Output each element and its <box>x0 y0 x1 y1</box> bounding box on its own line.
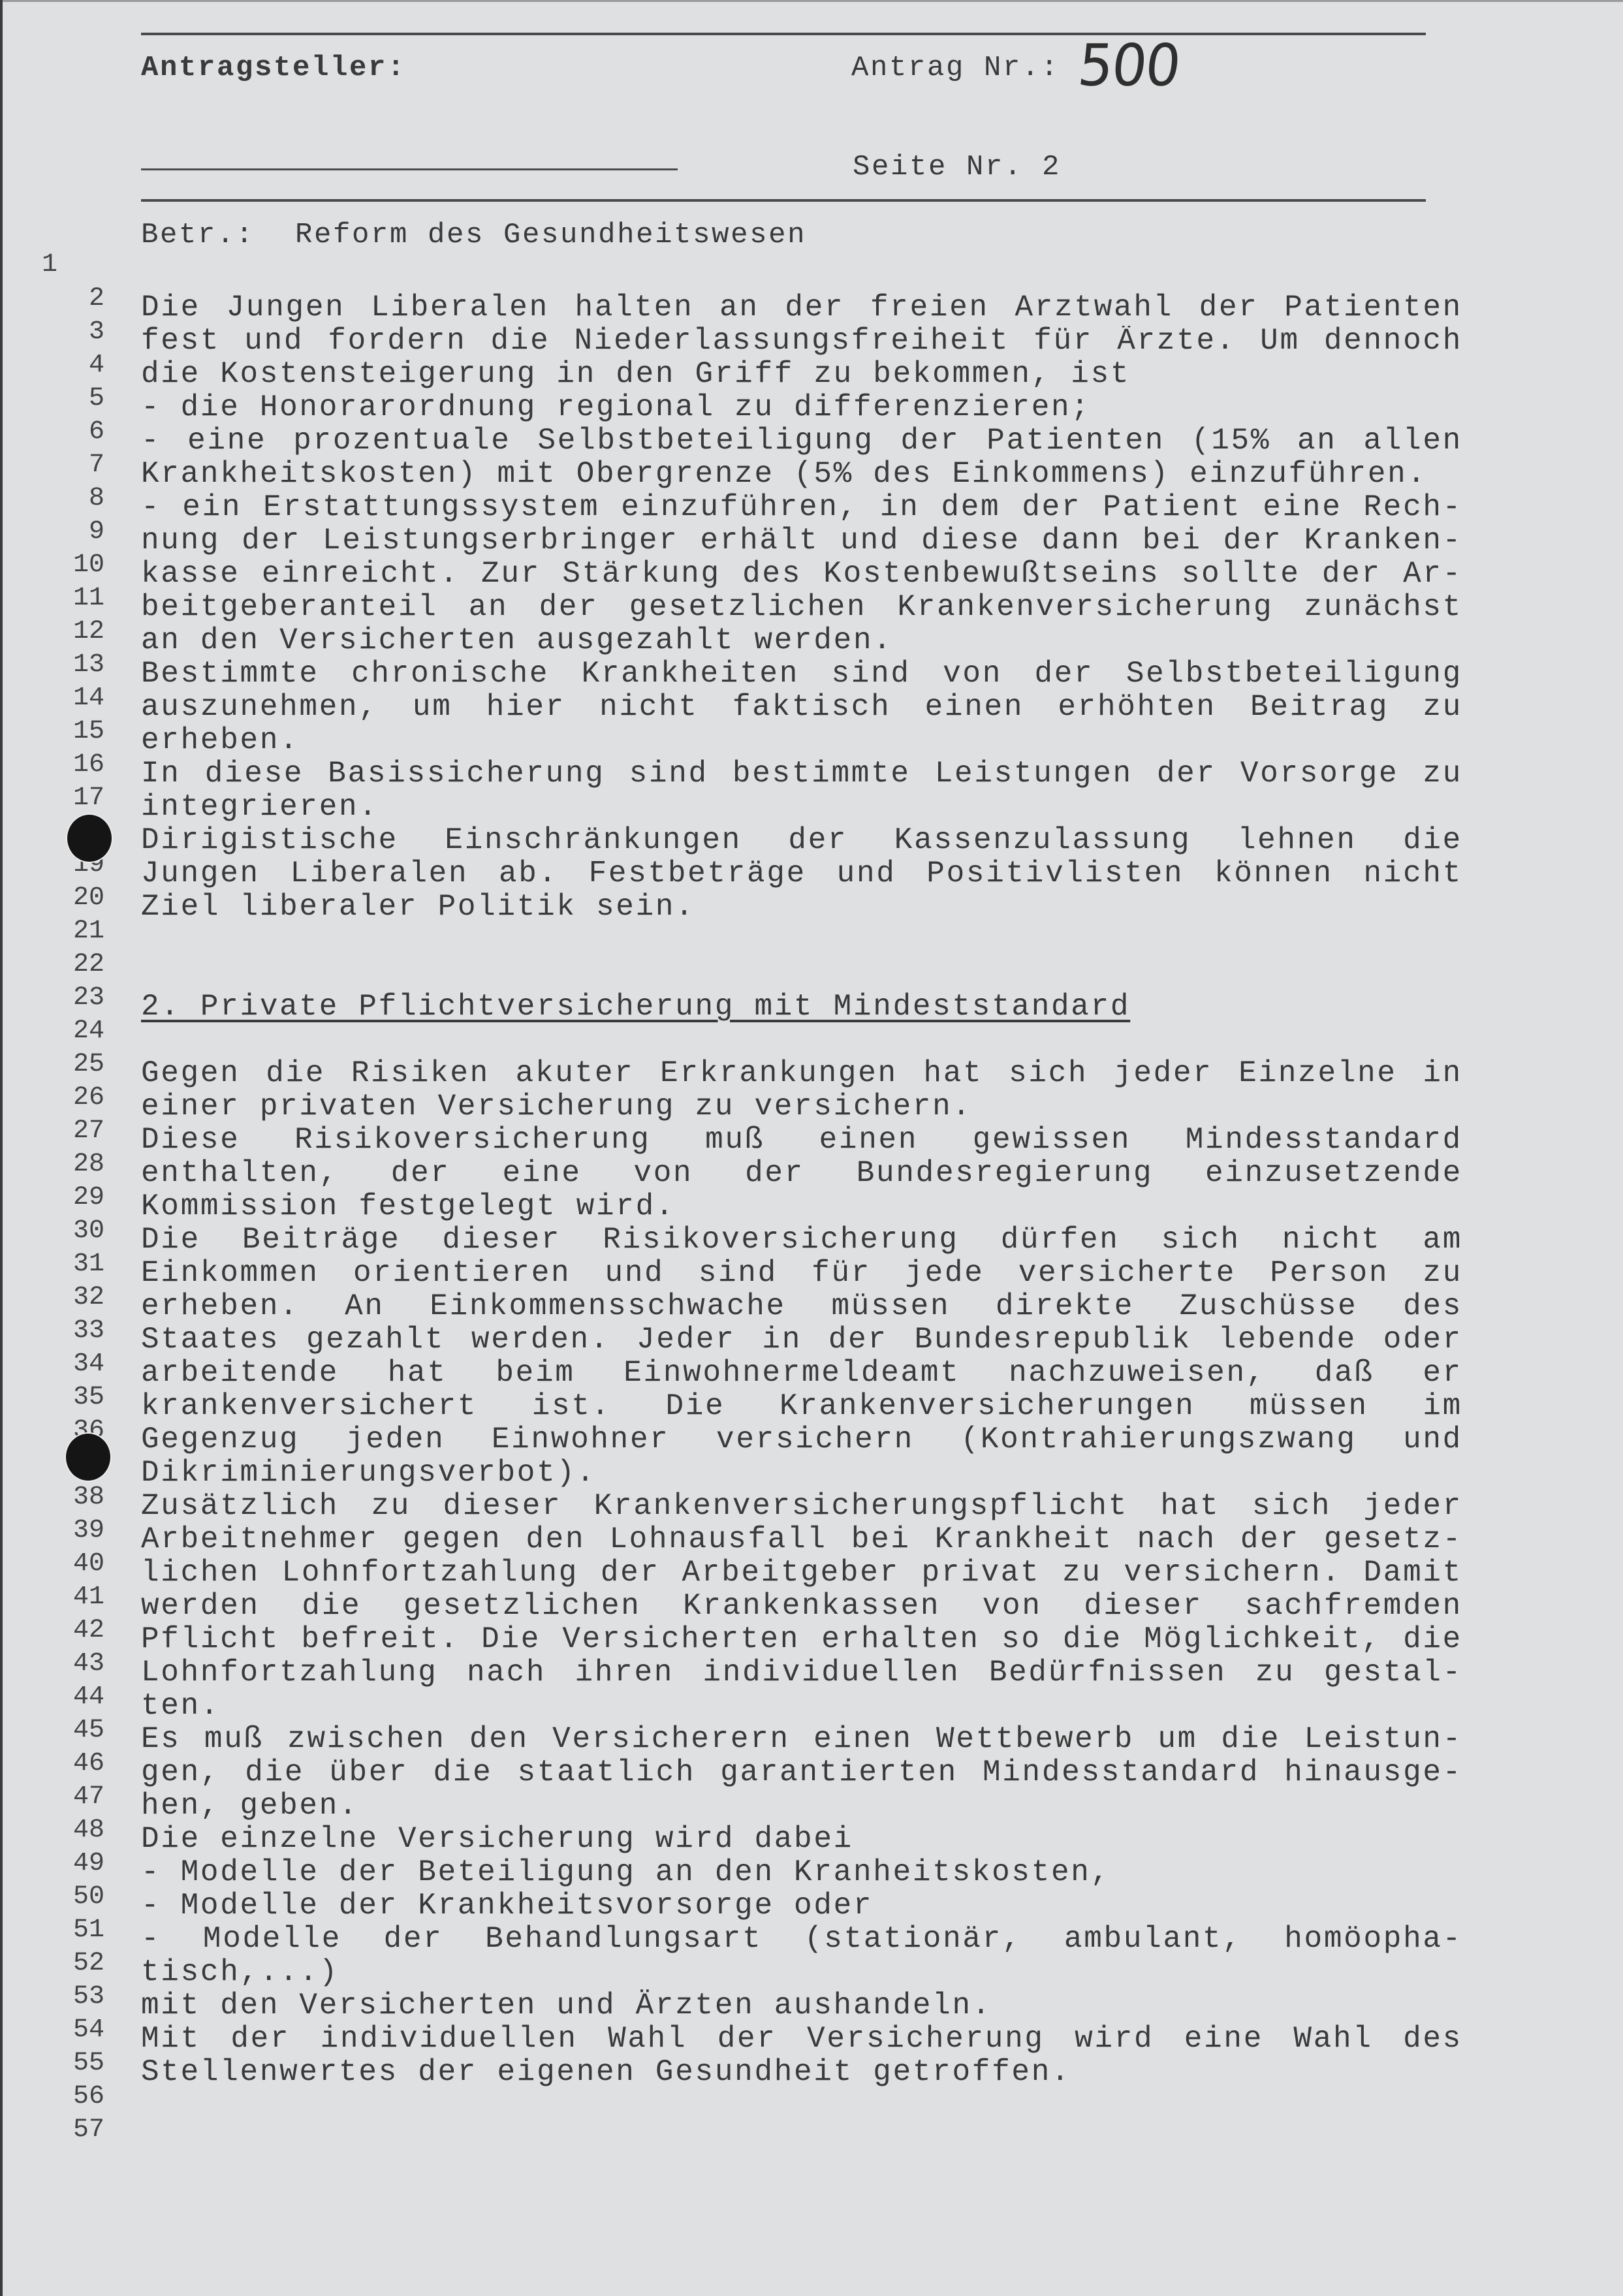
body-text-line: Lohnfortzahlung nach ihren individuellen… <box>141 1658 1462 1690</box>
line-number: 39 <box>26 1518 104 1544</box>
line-number: 33 <box>26 1318 104 1344</box>
body-text-line: Die Jungen Liberalen halten an der freie… <box>141 292 1462 325</box>
line-number: 40 <box>26 1551 104 1577</box>
line-number: 43 <box>26 1651 104 1677</box>
line-number: 57 <box>26 2117 104 2143</box>
body-text-line: die Kostensteigerung in den Griff zu bek… <box>141 359 1462 389</box>
line-number: 14 <box>26 685 104 712</box>
header-bottom-rule <box>141 199 1426 202</box>
body-text-line: Jungen Liberalen ab. Festbeträge und Pos… <box>141 858 1462 891</box>
body-text-line: nung der Leistungserbringer erhält und d… <box>141 526 1462 558</box>
body-text-line: Staates gezahlt werden. Jeder in der Bun… <box>141 1325 1462 1357</box>
line-number: 21 <box>26 919 104 945</box>
line-number: 7 <box>26 452 104 479</box>
body-text-line: - ein Erstattungssystem einzuführen, in … <box>141 492 1462 525</box>
body-text-line: - die Honorarordnung regional zu differe… <box>141 392 1462 422</box>
line-number: 48 <box>26 1817 104 1844</box>
body-text-line: werden die gesetzlichen Krankenkassen vo… <box>141 1591 1462 1624</box>
page-number-label: Seite Nr. 2 <box>853 153 1061 181</box>
line-number: 3 <box>26 319 104 345</box>
body-text-line: Zusätzlich zu dieser Krankenversicherung… <box>141 1491 1462 1524</box>
body-text-line: Gegen die Risiken akuter Erkrankungen ha… <box>141 1058 1462 1091</box>
body-text-line: In diese Basissicherung sind bestimmte L… <box>141 759 1462 791</box>
body-text-line: Die einzelne Versicherung wird dabei <box>141 1824 1462 1854</box>
body-text-line: - eine prozentuale Selbstbeteiligung der… <box>141 426 1462 458</box>
body-text-line: erheben. <box>141 725 1462 755</box>
body-text-line: tisch,...) <box>141 1957 1462 1987</box>
body-text-line: Die Beiträge dieser Risikoversicherung d… <box>141 1225 1462 1257</box>
line-number: 16 <box>26 752 104 778</box>
body-text-line: - Modelle der Behandlungsart (stationär,… <box>141 1924 1462 1957</box>
body-text-line: lichen Lohnfortzahlung der Arbeitgeber p… <box>141 1558 1462 1590</box>
line-number: 54 <box>26 2017 104 2043</box>
line-number: 5 <box>26 386 104 412</box>
line-number: 51 <box>26 1917 104 1943</box>
body-text-line: erheben. An Einkommensschwache müssen di… <box>141 1291 1462 1324</box>
body-text-line: an den Versicherten ausgezahlt werden. <box>141 625 1462 655</box>
body-text-line: hen, geben. <box>141 1791 1462 1821</box>
motion-number-handwritten: 500 <box>1075 37 1182 94</box>
line-number: 49 <box>26 1851 104 1877</box>
line-number: 8 <box>26 486 104 512</box>
line-number: 12 <box>26 619 104 645</box>
body-text-line: fest und fordern die Niederlassungsfreih… <box>141 326 1462 358</box>
line-number: 55 <box>26 2051 104 2077</box>
body-text-line: auszunehmen, um hier nicht faktisch eine… <box>141 692 1462 725</box>
page-top-edge <box>0 0 1623 2</box>
body-text-line: Pflicht befreit. Die Versicherten erhalt… <box>141 1624 1462 1657</box>
section-heading: 2. Private Pflichtversicherung mit Minde… <box>141 992 1462 1022</box>
body-text-line: mit den Versicherten und Ärzten aushande… <box>141 1990 1462 2021</box>
line-number: 1 <box>0 252 57 278</box>
body-text-line: einer privaten Versicherung zu versicher… <box>141 1092 1462 1122</box>
subject-value: Reform des Gesundheitswesen <box>295 221 806 249</box>
line-number: 10 <box>26 552 104 578</box>
line-number: 41 <box>26 1584 104 1611</box>
body-text-line: kasse einreicht. Zur Stärkung des Kosten… <box>141 559 1462 591</box>
line-number: 26 <box>26 1085 104 1111</box>
line-number: 22 <box>26 952 104 978</box>
body-text-line: integrieren. <box>141 792 1462 822</box>
body-text-line: Bestimmte chronische Krankheiten sind vo… <box>141 659 1462 691</box>
body-text-line: Ziel liberaler Politik sein. <box>141 892 1462 922</box>
body-text-line: Kommission festgelegt wird. <box>141 1191 1462 1221</box>
line-number: 56 <box>26 2084 104 2110</box>
line-number: 38 <box>26 1485 104 1511</box>
line-number: 31 <box>26 1251 104 1278</box>
line-number: 23 <box>26 985 104 1011</box>
body-text-line: gen, die über die staatlich garantierten… <box>141 1757 1462 1790</box>
body-text-line: Gegenzug jeden Einwohner versichern (Kon… <box>141 1424 1462 1457</box>
body-text-line: Dirigistische Einschränkungen der Kassen… <box>141 825 1462 858</box>
line-number: 30 <box>26 1218 104 1244</box>
line-number: 45 <box>26 1718 104 1744</box>
line-number: 47 <box>26 1784 104 1810</box>
line-number: 42 <box>26 1618 104 1644</box>
body-text-line: Dikriminierungsverbot). <box>141 1458 1462 1488</box>
page-left-edge <box>0 0 3 2296</box>
applicant-signature-line <box>141 168 678 170</box>
line-number: 6 <box>26 419 104 445</box>
line-number: 27 <box>26 1118 104 1144</box>
body-text-line: Einkommen orientieren und sind für jede … <box>141 1258 1462 1291</box>
line-number: 11 <box>26 586 104 612</box>
body-text-line: Mit der individuellen Wahl der Versicher… <box>141 2024 1462 2056</box>
body-text-line: - Modelle der Krankheitsvorsorge oder <box>141 1891 1462 1921</box>
body-text-line: - Modelle der Beteiligung an den Kranhei… <box>141 1857 1462 1887</box>
line-number: 28 <box>26 1152 104 1178</box>
applicant-label: Antragsteller: <box>141 54 406 82</box>
subject-label: Betr.: <box>141 221 255 249</box>
body-text-line: Diese Risikoversicherung muß einen gewis… <box>141 1125 1462 1157</box>
body-text-line: ten. <box>141 1691 1462 1721</box>
line-number: 53 <box>26 1984 104 2010</box>
motion-number-label: Antrag Nr.: <box>851 54 1060 82</box>
punch-hole-upper <box>67 815 112 862</box>
line-number: 25 <box>26 1052 104 1078</box>
line-number: 44 <box>26 1684 104 1710</box>
line-number: 20 <box>26 885 104 911</box>
line-number: 50 <box>26 1884 104 1910</box>
body-text-line: krankenversichert ist. Die Krankenversic… <box>141 1391 1462 1424</box>
line-number: 17 <box>26 785 104 811</box>
line-number: 29 <box>26 1185 104 1211</box>
line-number: 52 <box>26 1951 104 1977</box>
line-number: 46 <box>26 1751 104 1777</box>
body-text-line: arbeitende hat beim Einwohnermeldeamt na… <box>141 1358 1462 1391</box>
body-text-line: Krankheitskosten) mit Obergrenze (5% des… <box>141 459 1462 489</box>
body-text-line: beitgeberanteil an der gesetzlichen Kran… <box>141 592 1462 625</box>
line-number: 2 <box>26 286 104 312</box>
line-number: 9 <box>26 519 104 545</box>
body-text-line: Arbeitnehmer gegen den Lohnausfall bei K… <box>141 1524 1462 1557</box>
punch-hole-lower <box>66 1434 110 1481</box>
body-text-line: enthalten, der eine von der Bundesregier… <box>141 1158 1462 1191</box>
line-number: 34 <box>26 1351 104 1377</box>
line-number: 15 <box>26 719 104 745</box>
body-text-line: Es muß zwischen den Versicherern einen W… <box>141 1724 1462 1757</box>
body-text-line: Stellenwertes der eigenen Gesundheit get… <box>141 2057 1462 2087</box>
line-number: 13 <box>26 652 104 678</box>
line-number: 4 <box>26 353 104 379</box>
header-top-rule <box>141 33 1426 35</box>
line-number: 24 <box>26 1018 104 1045</box>
line-number: 35 <box>26 1385 104 1411</box>
line-number: 32 <box>26 1285 104 1311</box>
